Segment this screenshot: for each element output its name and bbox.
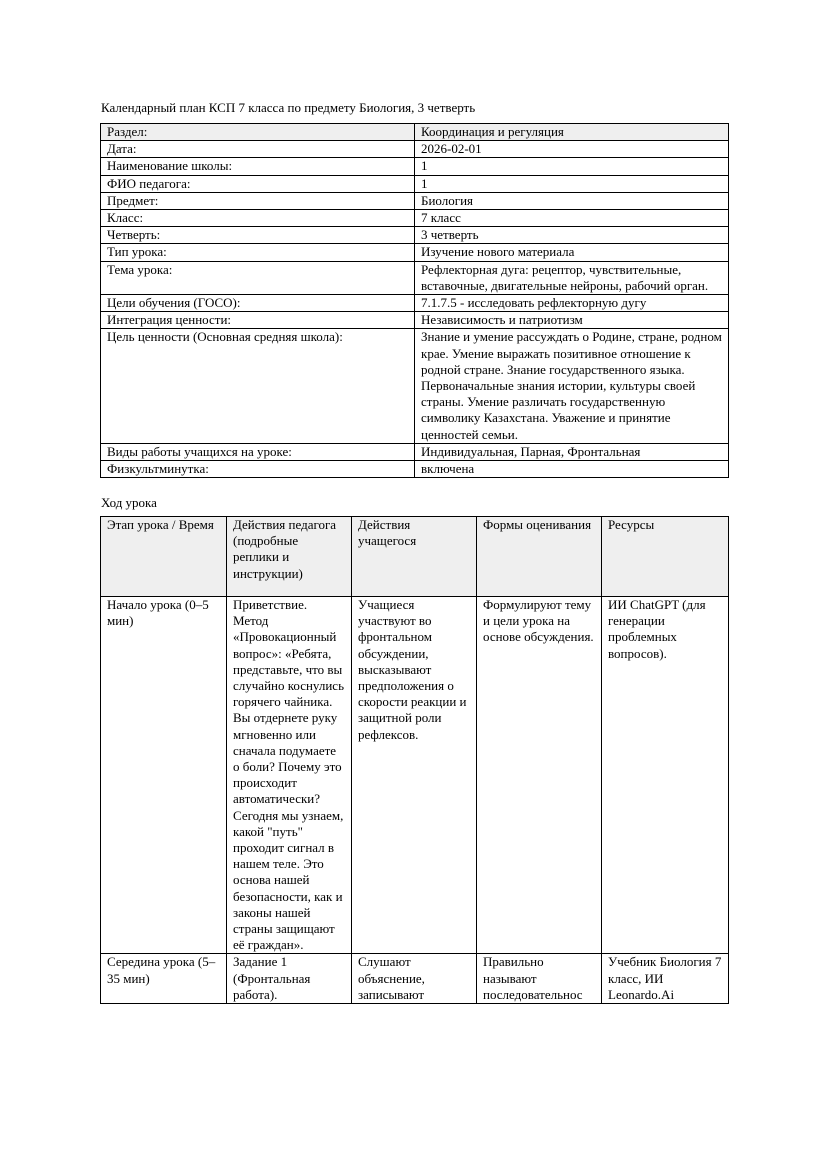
info-label: Тип урока: [101, 244, 415, 261]
lesson-cell-resources: ИИ ChatGPT (для генерации проблемных воп… [602, 597, 729, 954]
info-label: Четверть: [101, 227, 415, 244]
lesson-table-header: Этап урока / ВремяДействия педагога (под… [101, 517, 729, 597]
info-label: Цель ценности (Основная средняя школа): [101, 329, 415, 443]
lesson-cell-resources: Учебник Биология 7 класс, ИИ Leonardo.Ai [602, 954, 729, 1004]
info-row: ФИО педагога:1 [101, 175, 729, 192]
info-row: Предмет:Биология [101, 192, 729, 209]
info-value: 1 [415, 158, 729, 175]
lesson-cell-student: Учащиеся участвуют во фронтальном обсужд… [352, 597, 477, 954]
lesson-cell-stage: Середина урока (5–35 мин) [101, 954, 227, 1004]
lesson-cell-student: Слушают объяснение, записывают [352, 954, 477, 1004]
info-value: Рефлекторная дуга: рецептор, чувствитель… [415, 261, 729, 294]
info-row: Интеграция ценности:Независимость и патр… [101, 312, 729, 329]
info-row: Цель ценности (Основная средняя школа):З… [101, 329, 729, 443]
info-value: 3 четверть [415, 227, 729, 244]
info-label: Цели обучения (ГОСО): [101, 295, 415, 312]
info-value: Знание и умение рассуждать о Родине, стр… [415, 329, 729, 443]
info-label: Физкультминутка: [101, 461, 415, 478]
info-value: Изучение нового материала [415, 244, 729, 261]
info-row: Раздел:Координация и регуляция [101, 124, 729, 141]
info-value: Независимость и патриотизм [415, 312, 729, 329]
info-row: Виды работы учащихся на уроке:Индивидуал… [101, 443, 729, 460]
info-row: Цели обучения (ГОСО):7.1.7.5 - исследова… [101, 295, 729, 312]
info-label: Дата: [101, 141, 415, 158]
lesson-progress-table: Этап урока / ВремяДействия педагога (под… [100, 516, 729, 1004]
lesson-cell-teacher: Приветствие. Метод «Провокационный вопро… [227, 597, 352, 954]
info-row: Четверть:3 четверть [101, 227, 729, 244]
info-row: Тип урока:Изучение нового материала [101, 244, 729, 261]
lesson-cell-stage: Начало урока (0–5 мин) [101, 597, 227, 954]
column-header: Ресурсы [602, 517, 729, 597]
info-value: Координация и регуляция [415, 124, 729, 141]
lesson-cell-teacher: Задание 1 (Фронтальная работа). [227, 954, 352, 1004]
info-value: включена [415, 461, 729, 478]
info-value: Биология [415, 192, 729, 209]
lesson-row: Начало урока (0–5 мин)Приветствие. Метод… [101, 597, 729, 954]
info-label: ФИО педагога: [101, 175, 415, 192]
lesson-progress-title: Ход урока [101, 495, 157, 511]
info-row: Класс:7 класс [101, 210, 729, 227]
info-label: Тема урока: [101, 261, 415, 294]
document-title: Календарный план КСП 7 класса по предмет… [101, 100, 475, 116]
info-label: Раздел: [101, 124, 415, 141]
column-header: Действия учащегося [352, 517, 477, 597]
info-label: Наименование школы: [101, 158, 415, 175]
lesson-cell-assessment: Формулируют тему и цели урока на основе … [477, 597, 602, 954]
info-value: 2026-02-01 [415, 141, 729, 158]
lesson-cell-assessment: Правильно называют последовательнос [477, 954, 602, 1004]
info-value: 7 класс [415, 210, 729, 227]
info-row: Наименование школы:1 [101, 158, 729, 175]
column-header: Действия педагога (подробные реплики и и… [227, 517, 352, 597]
lesson-row: Середина урока (5–35 мин)Задание 1 (Фрон… [101, 954, 729, 1004]
info-label: Виды работы учащихся на уроке: [101, 443, 415, 460]
column-header: Этап урока / Время [101, 517, 227, 597]
info-value: 7.1.7.5 - исследовать рефлекторную дугу [415, 295, 729, 312]
info-row: Дата:2026-02-01 [101, 141, 729, 158]
info-label: Интеграция ценности: [101, 312, 415, 329]
info-value: Индивидуальная, Парная, Фронтальная [415, 443, 729, 460]
info-row: Физкультминутка:включена [101, 461, 729, 478]
column-header: Формы оценивания [477, 517, 602, 597]
info-label: Предмет: [101, 192, 415, 209]
lesson-info-table: Раздел:Координация и регуляцияДата:2026-… [100, 123, 729, 478]
info-row: Тема урока:Рефлекторная дуга: рецептор, … [101, 261, 729, 294]
info-label: Класс: [101, 210, 415, 227]
info-value: 1 [415, 175, 729, 192]
